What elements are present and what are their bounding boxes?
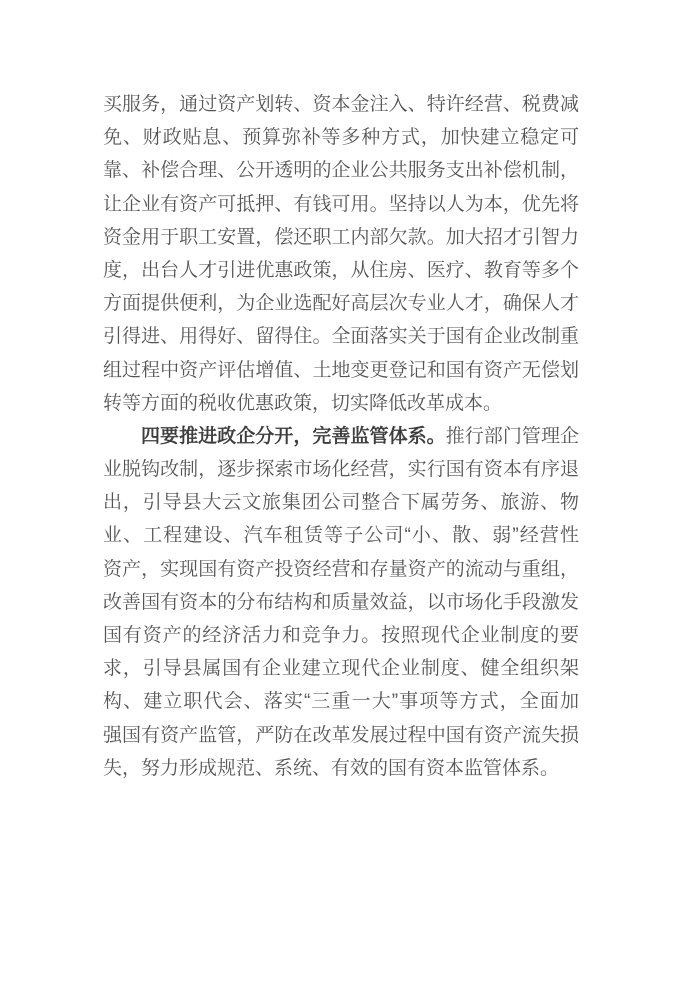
text-line: 四要推进政企分开，完善监管体系。推行部门管理企: [103, 420, 579, 453]
text-line: 国有资产的经济活力和竞争力。按照现代企业制度的要: [103, 619, 579, 652]
text-line: 转等方面的税收优惠政策，切实降低改革成本。: [103, 387, 579, 420]
document-page: 买服务，通过资产划转、资本金注入、特许经营、税费减 免、财政贴息、预算弥补等多种…: [0, 0, 700, 989]
bold-lead: 四要推进政企分开，完善监管体系。: [141, 426, 446, 447]
text-line: 度，出台人才引进优惠政策，从住房、医疗、教育等多个: [103, 254, 579, 287]
paragraph-four: 四要推进政企分开，完善监管体系。推行部门管理企 业脱钩改制，逐步探索市场化经营，…: [103, 420, 579, 785]
text-line: 失，努力形成规范、系统、有效的国有资本监管体系。: [103, 752, 579, 785]
text-line: 资金用于职工安置，偿还职工内部欠款。加大招才引智力: [103, 221, 579, 254]
text-line: 出，引导县大云文旅集团公司整合下属劳务、旅游、物: [103, 486, 579, 519]
text-line: 引得进、用得好、留得住。全面落实关于国有企业改制重: [103, 320, 579, 353]
text-line: 求，引导县属国有企业建立现代企业制度、健全组织架: [103, 652, 579, 685]
text-line: 组过程中资产评估增值、土地变更登记和国有资产无偿划: [103, 354, 579, 387]
text-line: 买服务，通过资产划转、资本金注入、特许经营、税费减: [103, 88, 579, 121]
text-line: 让企业有资产可抵押、有钱可用。坚持以人为本，优先将: [103, 188, 579, 221]
text-line: 靠、补偿合理、公开透明的企业公共服务支出补偿机制，: [103, 154, 579, 187]
paragraph-continuation: 买服务，通过资产划转、资本金注入、特许经营、税费减 免、财政贴息、预算弥补等多种…: [103, 88, 579, 420]
text-line: 构、建立职代会、落实“三重一大”事项等方式，全面加: [103, 685, 579, 718]
text-line: 业、工程建设、汽车租赁等子公司“小、散、弱”经营性: [103, 519, 579, 552]
text-line: 改善国有资本的分布结构和质量效益，以市场化手段激发: [103, 586, 579, 619]
text-block: 买服务，通过资产划转、资本金注入、特许经营、税费减 免、财政贴息、预算弥补等多种…: [103, 88, 579, 785]
text-line: 方面提供便利，为企业选配好高层次专业人才，确保人才: [103, 287, 579, 320]
text-run: 推行部门管理企: [446, 426, 579, 447]
text-line: 资产，实现国有资产投资经营和存量资产的流动与重组，: [103, 553, 579, 586]
text-line: 强国有资产监管，严防在改革发展过程中国有资产流失损: [103, 719, 579, 752]
text-line: 免、财政贴息、预算弥补等多种方式，加快建立稳定可: [103, 121, 579, 154]
text-line: 业脱钩改制，逐步探索市场化经营，实行国有资本有序退: [103, 453, 579, 486]
